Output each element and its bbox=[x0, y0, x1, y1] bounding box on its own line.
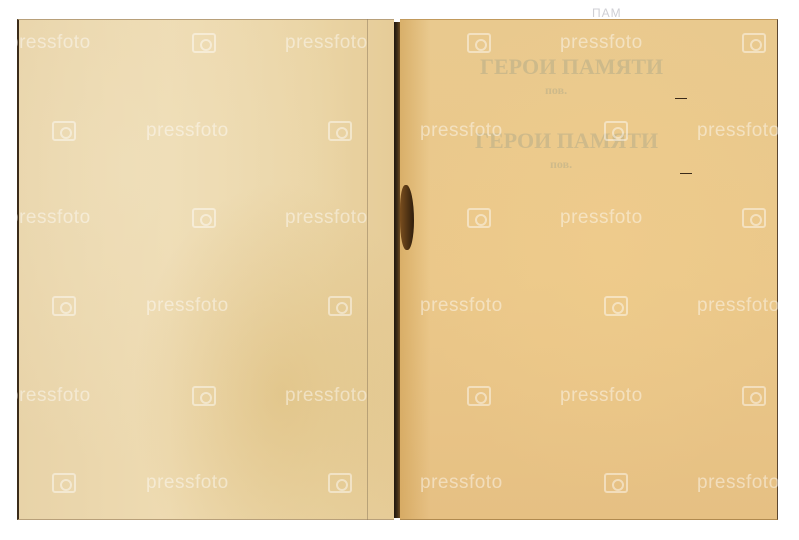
camera-icon bbox=[604, 121, 628, 141]
right-page: ГЕРОИ ПАМЯТИ пов. ГЕРОИ ПАМЯТИ пов. bbox=[400, 19, 778, 520]
bleed-through-text: пов. bbox=[545, 83, 567, 98]
fold-line bbox=[367, 19, 368, 520]
camera-icon bbox=[52, 473, 76, 493]
camera-icon bbox=[192, 386, 216, 406]
bleed-through-text: ГЕРОИ ПАМЯТИ bbox=[480, 54, 663, 80]
bleed-through-text: ГЕРОИ ПАМЯТИ bbox=[475, 128, 658, 154]
bleed-through-text: пов. bbox=[550, 157, 572, 172]
camera-icon bbox=[52, 296, 76, 316]
mark bbox=[680, 173, 692, 174]
left-page bbox=[17, 19, 394, 520]
spine bbox=[394, 22, 400, 518]
camera-icon bbox=[604, 473, 628, 493]
camera-icon bbox=[328, 121, 352, 141]
camera-icon bbox=[742, 386, 766, 406]
camera-icon bbox=[742, 33, 766, 53]
camera-icon bbox=[328, 296, 352, 316]
camera-icon bbox=[467, 386, 491, 406]
camera-icon bbox=[328, 473, 352, 493]
camera-icon bbox=[52, 121, 76, 141]
booklet-photo: ПАМ ГЕРОИ ПАМЯТИ пов. ГЕРОИ ПАМЯТИ пов. … bbox=[0, 0, 799, 540]
camera-icon bbox=[742, 208, 766, 228]
faint-top-text: ПАМ bbox=[592, 6, 622, 20]
camera-icon bbox=[192, 33, 216, 53]
camera-icon bbox=[467, 208, 491, 228]
camera-icon bbox=[604, 296, 628, 316]
mark bbox=[675, 98, 687, 99]
camera-icon bbox=[192, 208, 216, 228]
camera-icon bbox=[467, 33, 491, 53]
